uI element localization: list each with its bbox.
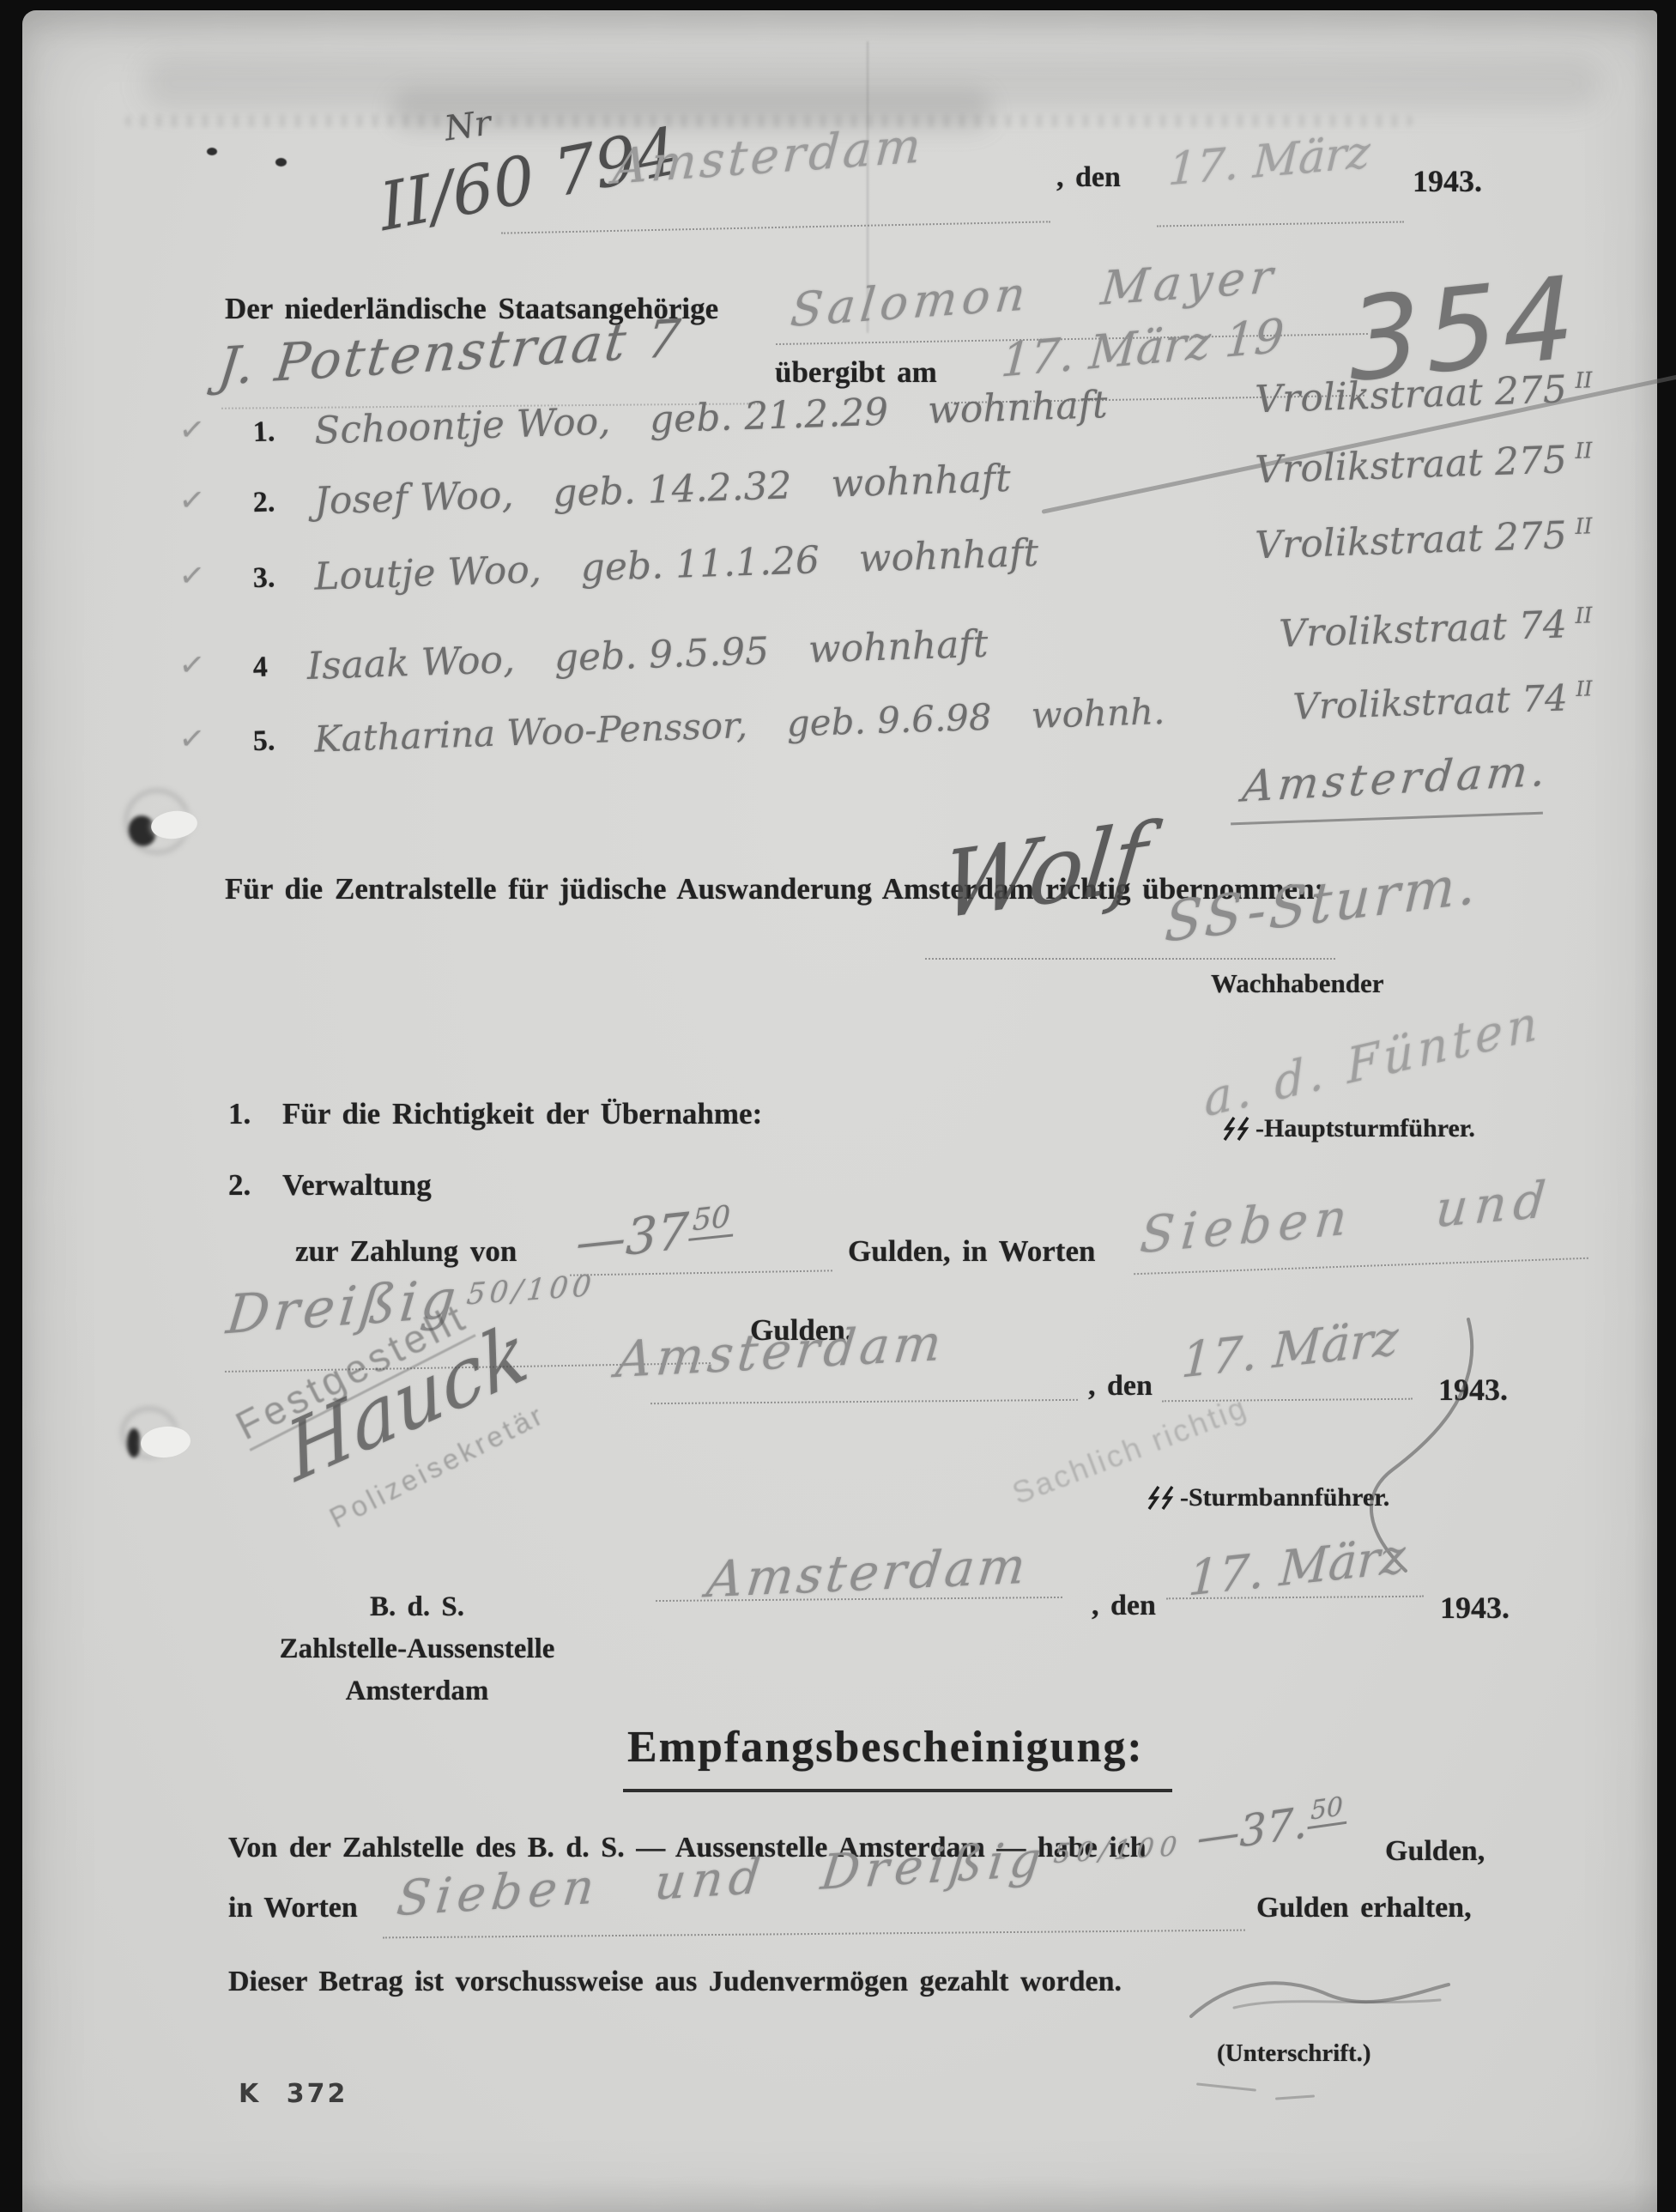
unterschrift-label: (Unterschrift.): [1217, 2039, 1371, 2068]
rank-label: -Hauptsturmführer.: [1255, 1114, 1475, 1143]
checkmark: ✓: [178, 557, 215, 596]
receipt-title: Empfangsbescheinigung:: [627, 1722, 1144, 1773]
floor-superscript: II: [1576, 676, 1593, 701]
dotted-line: [570, 1270, 832, 1276]
handwritten-amount: —3750: [575, 1197, 734, 1272]
gulden-erhalten-label: Gulden erhalten,: [1256, 1892, 1472, 1924]
row-number: 3.: [252, 556, 275, 595]
checkmark: ✓: [178, 482, 215, 520]
signature-wachhabender: Wolf: [938, 803, 1153, 940]
words-fraction: 50/100: [465, 1269, 597, 1312]
signature-recipient: [1183, 1969, 1457, 2029]
person-name: Loutje Woo,: [313, 548, 542, 599]
ss-runes-icon: [1147, 1486, 1177, 1510]
handwritten-amount-words-1: Sieben und: [1138, 1170, 1555, 1265]
person-street: Vrolikstraat 74II: [1279, 602, 1594, 656]
dotted-line: [1134, 1258, 1588, 1275]
person-street: Vrolikstraat 275II: [1255, 512, 1594, 567]
person-street: Vrolikstraat 74II: [1292, 676, 1594, 728]
floor-superscript: II: [1575, 438, 1593, 464]
person-wohnhaft: wohnhaft: [808, 622, 989, 672]
handwritten-rank: SS-Sturm.: [1163, 852, 1480, 955]
person-name: Schoontje Woo,: [313, 399, 611, 452]
amount-fraction: 50: [1307, 1791, 1346, 1829]
person-name: Isaak Woo,: [306, 638, 516, 688]
checkmark: ✓: [178, 646, 215, 685]
pencil-scribble: [1196, 2082, 1256, 2091]
title-underline: [623, 1789, 1172, 1792]
scanned-document-page: Nr II/60 794 Amsterdam , den 17. März 19…: [0, 0, 1676, 2212]
in-worten-label: in Worten: [228, 1892, 358, 1924]
person-row: ✓ 2. Josef Woo, geb. 14.2.32 wohnhaft Vr…: [178, 437, 1594, 528]
dotted-line: [383, 1930, 1245, 1939]
person-row: ✓ 4 Isaak Woo, geb. 9.5.95 wohnhaft Vrol…: [178, 602, 1594, 693]
checkmark: ✓: [178, 720, 215, 759]
handwritten-transfer-date: 17. März 19: [999, 308, 1286, 387]
words-fraction: 50/100: [1052, 1831, 1184, 1870]
dotted-line: [1157, 221, 1404, 227]
year-label: 1943.: [1440, 1590, 1510, 1626]
verwaltung-label: Verwaltung: [282, 1168, 432, 1203]
perforation-texture: [125, 115, 1413, 127]
underline: [1231, 812, 1543, 826]
zentralstelle-line: Für die Zentralstelle für jüdische Auswa…: [225, 872, 1324, 906]
gulden-label: Gulden,: [1385, 1835, 1485, 1868]
row-number: 4: [252, 646, 268, 685]
gulden-in-worten-label: Gulden, in Worten: [848, 1234, 1095, 1269]
floor-superscript: II: [1575, 513, 1593, 540]
handwritten-city: Amsterdam: [614, 1313, 948, 1390]
person-row: ✓ 3. Loutje Woo, geb. 11.1.26 wohnhaft V…: [178, 512, 1594, 603]
dotted-line: [650, 1399, 1078, 1404]
person-birthdate: geb. 14.2.32: [552, 464, 792, 515]
handwritten-nr-label: Nr: [442, 103, 493, 148]
bds-line1: B. d. S.: [244, 1586, 590, 1628]
form-code: K 372: [239, 2079, 348, 2109]
richtigkeit-label: Für die Richtigkeit der Übernahme:: [282, 1097, 762, 1131]
amount-fraction: 50: [688, 1199, 735, 1241]
ink-blot: [275, 158, 287, 167]
wachhabender-label: Wachhabender: [1211, 968, 1384, 999]
item-number: 2.: [228, 1168, 251, 1203]
row-number: 2.: [252, 481, 275, 519]
zahlung-label: zur Zahlung von: [295, 1234, 517, 1269]
den-label: , den: [1092, 1590, 1156, 1622]
person-birthdate: geb. 9.6.98: [786, 696, 992, 745]
floor-superscript: II: [1575, 367, 1593, 394]
person-birthdate: geb. 11.1.26: [580, 538, 820, 590]
floor-superscript: II: [1575, 603, 1593, 629]
row-number: 1.: [252, 410, 275, 449]
person-wohnhaft: wohnh.: [1031, 690, 1165, 736]
uebergibt-label: übergibt am: [775, 355, 937, 390]
year-label: 1943.: [1413, 163, 1482, 199]
row-number: 5.: [252, 719, 275, 758]
handwritten-date: 17. März: [1167, 126, 1371, 196]
person-wohnhaft: wohnhaft: [831, 457, 1012, 506]
person-street: Vrolikstraat 275II: [1255, 367, 1594, 421]
punch-hole-shadow: [127, 1428, 141, 1457]
item-number: 1.: [228, 1097, 251, 1131]
checkmark: ✓: [178, 411, 215, 450]
person-row: ✓ 5. Katharina Woo-Penssor, geb. 9.6.98 …: [178, 676, 1594, 765]
dotted-line: [501, 221, 1050, 233]
receipt-line3: Dieser Betrag ist vorschussweise aus Jud…: [228, 1966, 1122, 1998]
person-street: Vrolikstraat 275II: [1255, 437, 1594, 492]
person-name: Katharina Woo-Penssor,: [313, 704, 747, 761]
paper-sheet: Nr II/60 794 Amsterdam , den 17. März 19…: [22, 10, 1657, 2212]
ss-hauptsturmfuehrer-line: -Hauptsturmführer.: [1222, 1114, 1475, 1143]
person-birthdate: geb. 21.2.29: [649, 391, 889, 442]
bds-address-block: B. d. S. Zahlstelle-Aussenstelle Amsterd…: [244, 1586, 590, 1712]
pencil-scribble: [1275, 2094, 1315, 2100]
ink-blot: [207, 148, 217, 155]
person-name: Josef Woo,: [313, 473, 514, 524]
signature-hauptsturmfuehrer: a. d. Fünten: [1202, 994, 1542, 1129]
handwritten-city-confirmation: Amsterdam.: [1240, 745, 1552, 811]
ss-runes-icon: [1222, 1117, 1253, 1141]
bds-line2: Zahlstelle-Aussenstelle: [244, 1628, 590, 1670]
person-wohnhaft: wohnhaft: [858, 531, 1039, 581]
den-label: , den: [1088, 1370, 1153, 1403]
bds-line3: Amsterdam: [244, 1670, 590, 1712]
handwritten-amount: —37.50: [1197, 1791, 1346, 1863]
dotted-line: [925, 958, 1335, 960]
person-wohnhaft: wohnhaft: [927, 383, 1108, 433]
den-label: , den: [1056, 161, 1121, 194]
person-birthdate: geb. 9.5.95: [554, 629, 770, 680]
